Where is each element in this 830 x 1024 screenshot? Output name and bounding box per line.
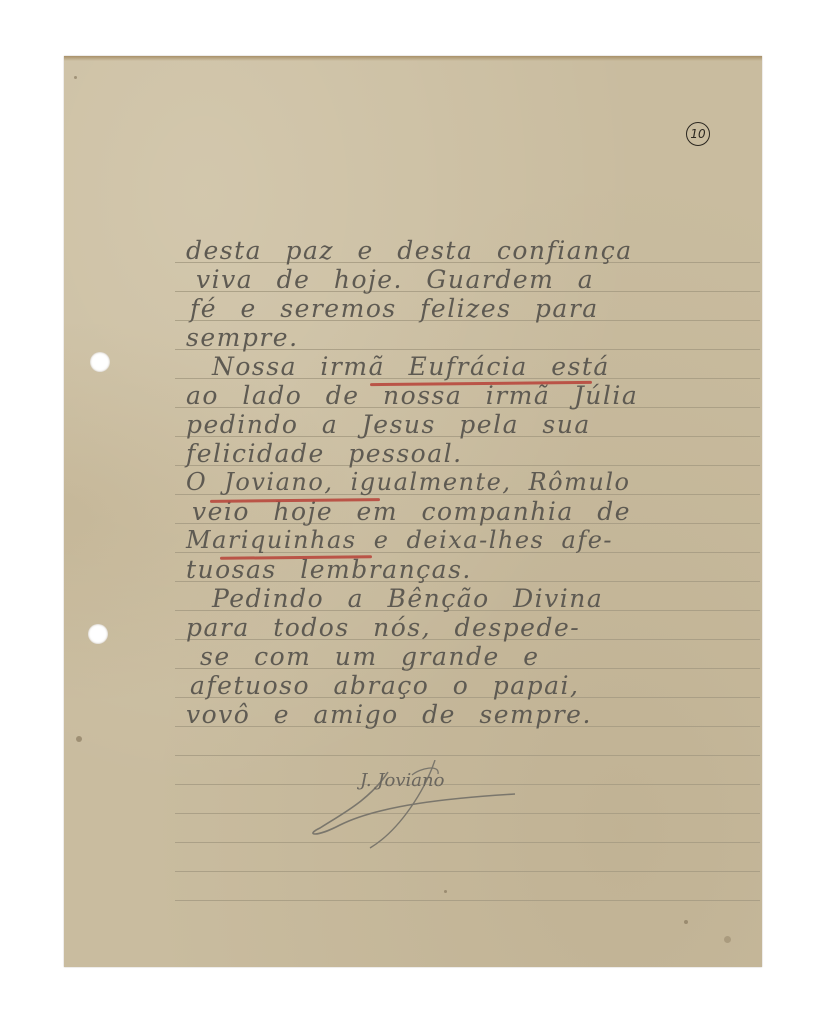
- handwritten-line-1: desta paz e desta confiança: [186, 236, 761, 265]
- paper-speck: [684, 920, 688, 924]
- paper-torn-edge: [64, 56, 762, 61]
- handwritten-line-15: se com um grande e: [200, 642, 775, 671]
- ruled-line: [175, 900, 760, 901]
- handwritten-line-17: vovô e amigo de sempre.: [186, 700, 761, 729]
- paper-speck: [74, 76, 77, 79]
- handwritten-line-11: Mariquinhas e deixa-lhes afe-: [186, 526, 761, 555]
- handwritten-line-12: tuosas lembranças.: [186, 555, 761, 584]
- handwritten-line-6: ao lado de nossa irmã Júlia: [186, 381, 761, 410]
- ruled-line: [175, 755, 760, 756]
- hole-punch: [88, 624, 108, 644]
- hole-punch: [90, 352, 110, 372]
- handwritten-line-16: afetuoso abraço o papai,: [190, 671, 765, 700]
- handwritten-line-9: O Joviano, igualmente, Rômulo: [186, 468, 761, 497]
- handwritten-line-4: sempre.: [186, 323, 761, 352]
- handwritten-line-13: Pedindo a Bênção Divina: [212, 584, 787, 613]
- page-number: 10: [686, 122, 710, 146]
- paper-speck: [76, 736, 82, 742]
- ruled-line: [175, 871, 760, 872]
- handwritten-line-5: Nossa irmã Eufrácia está: [212, 352, 787, 381]
- handwritten-line-14: para todos nós, despede-: [186, 613, 761, 642]
- handwritten-line-2: viva de hoje. Guardem a: [196, 265, 771, 294]
- handwritten-line-8: felicidade pessoal.: [186, 439, 761, 468]
- signature-name: J. Joviano: [360, 770, 444, 791]
- paper-speck: [444, 890, 447, 893]
- paper-speck: [724, 936, 731, 943]
- handwritten-line-3: fé e seremos felizes para: [190, 294, 765, 323]
- handwritten-line-7: pedindo a Jesus pela sua: [186, 410, 761, 439]
